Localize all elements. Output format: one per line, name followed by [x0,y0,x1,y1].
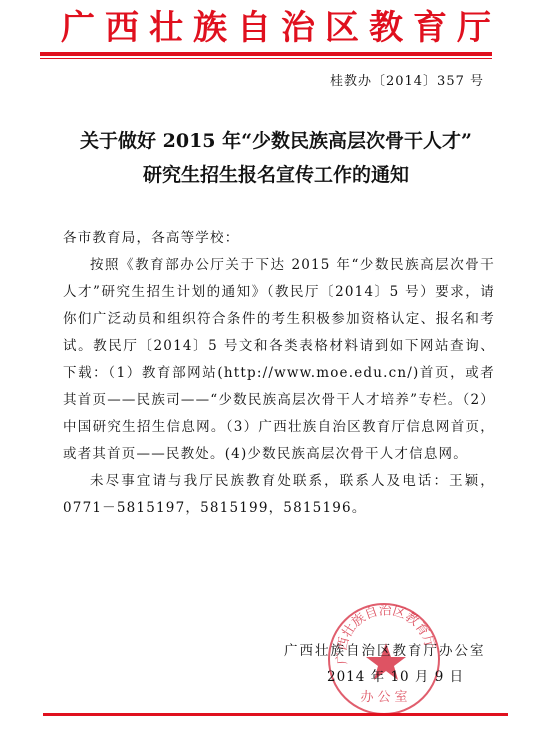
header-rule-thick [40,52,492,56]
official-seal: 广西壮族自治区教育厅 办公室 [328,603,440,715]
star-icon: 广西壮族自治区教育厅 办公室 [330,605,442,717]
document-number: 桂教办〔2014〕357 号 [330,70,484,89]
document-title: 关于做好 2015 年“少数民族高层次骨干人才” 研究生招生报名宣传工作的通知 [0,124,552,192]
body-paragraph-1: 按照《教育部办公厅关于下达 2015 年“少数民族高层次骨干人才”研究生招生计划… [63,252,495,468]
footer-rule [43,713,508,716]
body-paragraph-2: 未尽事宜请与我厅民族教育处联系，联系人及电话：王颖，0771－5815197，5… [63,468,495,522]
document-title-line-1: 关于做好 2015 年“少数民族高层次骨干人才” [0,124,552,158]
seal-bottom-text: 办公室 [360,689,411,705]
document-body: 各市教育局，各高等学校： 按照《教育部办公厅关于下达 2015 年“少数民族高层… [63,225,495,522]
salutation: 各市教育局，各高等学校： [63,225,495,252]
signature-date: 2014 年 10 月 9 日 [327,665,464,685]
signature-office: 广西壮族自治区教育厅办公室 [284,639,486,659]
document-title-line-2: 研究生招生报名宣传工作的通知 [0,158,552,192]
header-rule-thin [40,58,492,59]
issuer-header: 广西壮族自治区教育厅 [0,8,552,48]
